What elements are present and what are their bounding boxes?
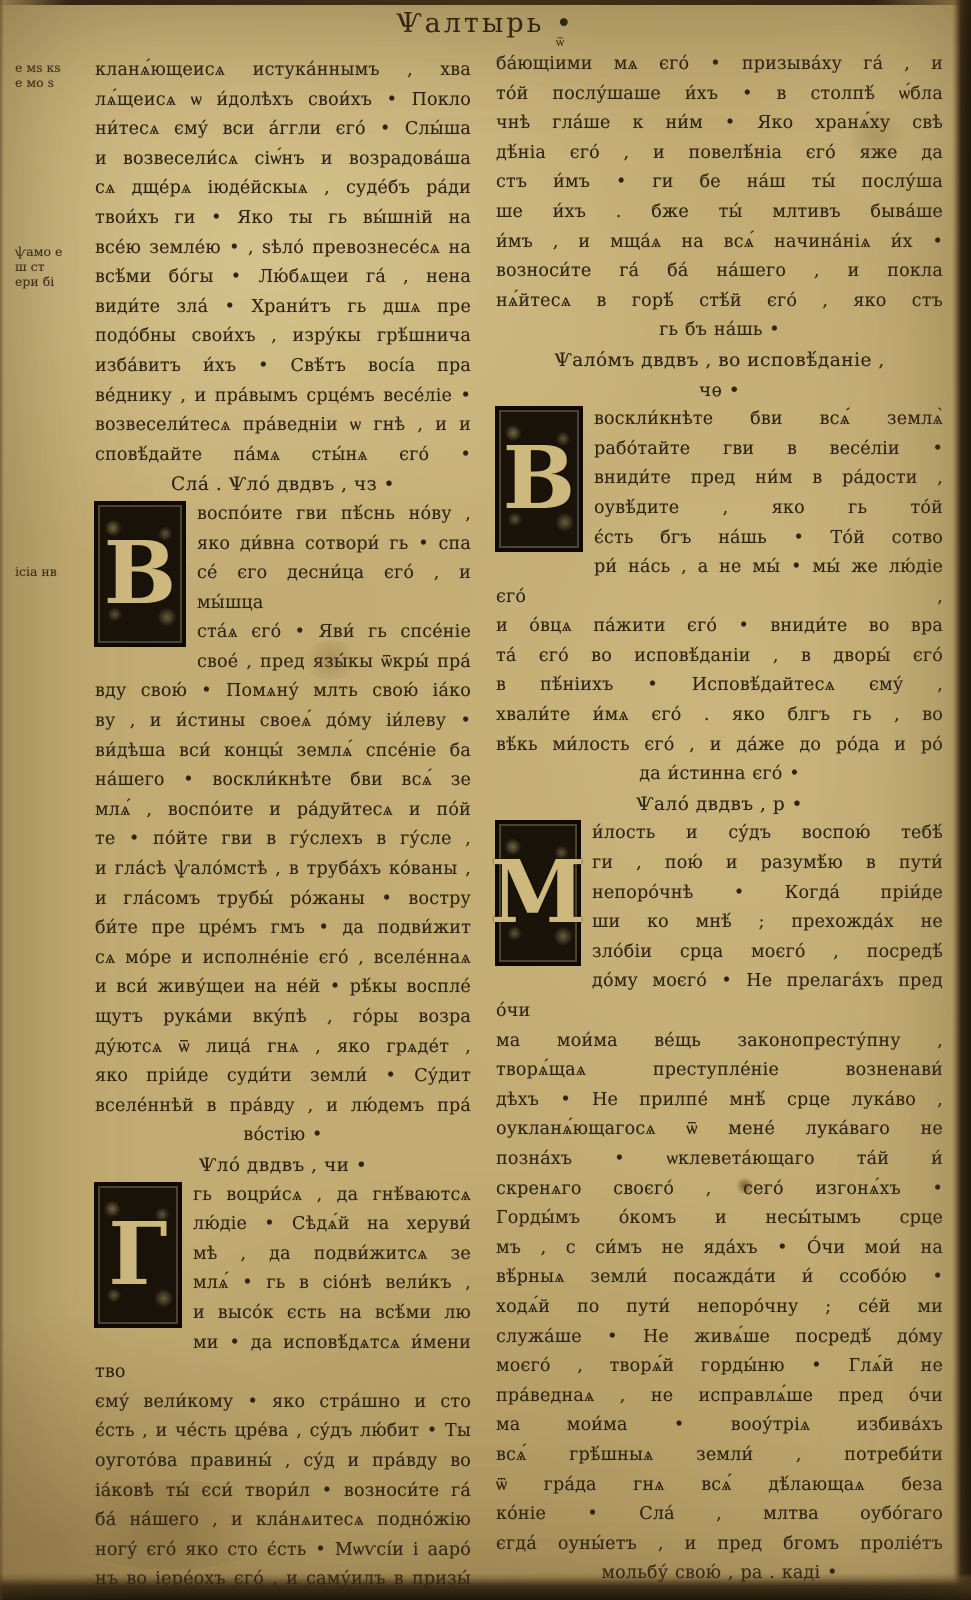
- psalm-98-paragraph: Г гь воцри́сѧ , да гнѣ́ваютсѧлю́діе • Сѣ…: [95, 1181, 471, 1595]
- drop-cap-letter: В: [104, 531, 177, 617]
- drop-cap-initial: В: [95, 502, 185, 646]
- text-line: ви́дѣша вси́ концы́ землѧ́ спсе́ніе ба: [95, 737, 471, 767]
- text-line: лѧ́щеисѧ ѡ и́долѣхъ свои́хъ • Покло: [95, 86, 471, 116]
- drop-cap-initial: М: [496, 821, 580, 965]
- text-line: и вси́ живу́щеи на не́й • рѣ́кы воспле́: [95, 973, 471, 1003]
- text-line: єгда́ оуны́етъ , и пред бгомъ проліе́тъ: [496, 1530, 943, 1560]
- margin-note: ѱамо еш стери бі: [15, 244, 95, 289]
- text-line: ни́тесѧ єму́ вси а́ггли єго́ • Слы́ша: [95, 115, 471, 145]
- text-line: ми • да исповѣ́дѧтсѧ и́мени тво: [95, 1329, 471, 1388]
- text-line: ѱамо е: [15, 244, 95, 259]
- text-line: ма мои́ма ве́щь законопресту́пну ,: [496, 1027, 943, 1057]
- text-line: дѣхъ • Не прилпе́ мнѣ́ срце лука́во ,: [496, 1086, 943, 1116]
- text-line: и гла́сѣ ѱало́мстѣ , в труба́хъ ко́ваны …: [95, 855, 471, 885]
- text-line: вселе́ннѣй в пра́вду , и лю́демъ пра́: [95, 1092, 471, 1122]
- text-line: ве́днику , и пра́вымъ срце́мъ весе́ліе •: [95, 382, 471, 412]
- psalm-99-heading-line1: Ѱало́мъ двдвъ , во исповѣ́даніе ,: [496, 346, 943, 376]
- text-line: оукланѧ́ющагосѧ ѿ мене́ лука́ваго не: [496, 1115, 943, 1145]
- text-line: ба́ на́шего , и кла́нѧитесѧ подно́жію: [95, 1506, 471, 1536]
- text-line: всѣ́ми бо́гы • Лю́бѧщеи га́ , нена: [95, 263, 471, 293]
- psalm-98-heading: Ѱло́ двдвъ , чи •: [95, 1151, 471, 1181]
- text-line: щутъ рука́ми вку́пѣ , го́ры возра: [95, 1003, 471, 1033]
- text-line: є́сть , и че́сть цре́ва , су́дъ лю́бит •…: [95, 1417, 471, 1447]
- psalm-99-heading-line2: чѳ •: [496, 376, 943, 406]
- text-line: на́шего • воскли́кнѣте бви всѧ́ зе: [95, 766, 471, 796]
- page-edge-top: [0, 0, 971, 5]
- superscript-correction-mark: ѿ: [556, 34, 564, 50]
- text-line: все́ю земле́ю • , ѕѣло́ превознесе́сѧ на: [95, 234, 471, 264]
- left-text-column: кланѧ́ющеисѧ истука́ннымъ , хвалѧ́щеисѧ …: [95, 56, 471, 1595]
- page-edge-left: [0, 0, 4, 1600]
- text-line: млѧ́ , воспо́ите и ра́дуйтесѧ и по́й: [95, 796, 471, 826]
- text-line: чнѣ гла́ше к ни́м • Яко хранѧ́ху свѣ: [496, 109, 943, 139]
- text-line: та́ єго́ во исповѣ́даніи , в дворы́ єго́: [496, 642, 943, 672]
- psalm-96-continuation-paragraph: кланѧ́ющеисѧ истука́ннымъ , хвалѧ́щеисѧ …: [95, 56, 471, 470]
- text-line: хвали́те и́мѧ єго́ . яко блгъ гь , во: [496, 701, 943, 731]
- text-line: и о́вцѧ па́жити єго́ • вниди́те во вра: [496, 612, 943, 642]
- text-line: те • по́йте гви в гу́слехъ в гу́сле ,: [95, 825, 471, 855]
- text-line: и гла́сомъ трубы́ ро́жаны • востру: [95, 885, 471, 915]
- text-line: ри́ на́сь , а не мы́ • мы́ же лю́діе єго…: [496, 553, 943, 612]
- psalm-100-heading: Ѱало́ двдвъ , р •: [496, 790, 943, 820]
- text-line: сповѣ́дайте па́мѧ сты́нѧ єго́ •: [95, 441, 471, 471]
- text-line: іа́ковѣ ты́ єси́ твори́л • возноси́те га…: [95, 1477, 471, 1507]
- psalm-97-heading: Сла́ . Ѱло́ двдвъ , чз •: [95, 470, 471, 500]
- text-line: возноси́те га́ ба́ на́шего , и покла: [496, 257, 943, 287]
- text-line: всѧ́ грѣ́шныѧ земли́ , потреби́ти: [496, 1441, 943, 1471]
- text-line: служа́ше • Не живѧ́ше посредѣ́ до́му: [496, 1323, 943, 1353]
- text-line: сѧ мо́ре и исполне́ніе єго́ , вселе́ннаѧ: [95, 944, 471, 974]
- drop-cap-letter: В: [503, 436, 576, 522]
- text-line: творѧ́щаѧ преступле́ніе возненави́: [496, 1056, 943, 1086]
- text-line: ѿ гра́да гнѧ всѧ́ дѣ́лающаѧ беза: [496, 1471, 943, 1501]
- psalm-98-continuation-paragraph: ба́ющіими мѧ єго́ • призыва́ху га́ , ито…: [496, 50, 943, 346]
- text-line: дѣ́ніа єго́ , и повелѣ́ніа єго́ яже да: [496, 139, 943, 169]
- text-line: ба́ющіими мѧ єго́ • призыва́ху га́ , и: [496, 50, 943, 80]
- text-line: ш ст: [15, 259, 95, 274]
- psalm-100-paragraph: М и́лость и су́дъ воспою́ тебѣ́ги , пою́…: [496, 819, 943, 1588]
- psalm-99-paragraph: В воскли́кнѣте бви всѧ́ землѧ̀рабо́тайте…: [496, 405, 943, 790]
- margin-note: е мѕ кѕе мо ѕ: [15, 60, 95, 90]
- text-line: е мо ѕ: [15, 75, 95, 90]
- text-line: гь бъ на́шь •: [496, 316, 943, 346]
- text-line: вду свою́ • Помѧну́ млть свою́ іа́ко: [95, 677, 471, 707]
- text-line: ко́ніе • Сла́ , млтва оубо́гаго: [496, 1500, 943, 1530]
- running-title: Ѱалтырь •: [0, 8, 971, 39]
- text-line: оугото́ва правины́ , су́д и пра́вду во: [95, 1447, 471, 1477]
- text-line: свое́ , пред язы́кы ѿкры́ пра́: [95, 648, 471, 678]
- text-line: би́те пре цре́мъ гмъ • да подви́жит: [95, 914, 471, 944]
- page-edge-right: [952, 0, 971, 1600]
- text-line: яко пріи́де суди́ти земли́ • Су́дит: [95, 1062, 471, 1092]
- text-line: и возвесели́сѧ сіѡ́нъ и возрадова́ша: [95, 145, 471, 175]
- text-line: ву , и и́стины своеѧ́ до́му іи́леву •: [95, 707, 471, 737]
- text-line: подо́бны свои́хъ , изру́кы грѣ́шнича: [95, 322, 471, 352]
- book-page: Ѱалтырь • ѿ е мѕ кѕе мо ѕ ѱамо еш стери …: [0, 0, 971, 1600]
- text-line: стъ и́мъ • ги бе на́ш ты́ послу́ша: [496, 168, 943, 198]
- text-line: во́стію •: [95, 1121, 471, 1151]
- text-line: изба́витъ и́хъ • Свѣ́тъ восі́а пра: [95, 352, 471, 382]
- text-line: твои́хъ ги • Яко ты гь вы́шній на: [95, 204, 471, 234]
- right-text-column: ба́ющіими мѧ єго́ • призыва́ху га́ , ито…: [496, 50, 943, 1589]
- drop-cap-letter: Г: [108, 1212, 167, 1298]
- text-line: види́те зла́ • Храни́тъ гь дшѧ пре: [95, 293, 471, 323]
- text-line: ходѧ́й по пути́ непоро́чну ; се́й ми: [496, 1293, 943, 1323]
- text-line: вѣ́рныѧ земли́ посажда́ти и́ ссобо́ю •: [496, 1263, 943, 1293]
- text-line: нъ во іере́охъ єго́ , и саму́илъ в призы…: [95, 1565, 471, 1595]
- text-line: кланѧ́ющеисѧ истука́ннымъ , хва: [95, 56, 471, 86]
- text-line: да и́стинна єго́ •: [496, 760, 943, 790]
- text-line: єму́ вели́кому • яко стра́шно и сто: [95, 1388, 471, 1418]
- text-line: нѧ́йтесѧ в горѣ́ стѣ́й єго́ , яко стъ: [496, 287, 943, 317]
- text-line: то́й послу́шаше и́хъ • в столпѣ́ ѡ́бла: [496, 80, 943, 110]
- text-line: ду́ютсѧ ѿ лица́ гнѧ , яко грѧде́т ,: [95, 1033, 471, 1063]
- text-line: ери бі: [15, 274, 95, 289]
- text-line: ногу́ єго́ яко сто є́сть • Мѡѵсі́и і аар…: [95, 1536, 471, 1566]
- text-line: вѣ́кь ми́лость єго́ , и да́же до ро́да и…: [496, 731, 943, 761]
- text-line: сѧ дще́рѧ іюде́йскыѧ , суде́бъ ра́ди: [95, 174, 471, 204]
- text-line: е мѕ кѕ: [15, 60, 95, 75]
- text-line: Горды́мъ о́комъ и несы́тымъ срце: [496, 1204, 943, 1234]
- text-line: скренѧго своєго́ , сего́ изгонѧ́хъ •: [496, 1175, 943, 1205]
- text-line: до́му моєго́ • Не прелага́хъ пред о́чи: [496, 967, 943, 1026]
- text-line: мъ , с си́мъ не яда́хъ • О́чи мои́ на: [496, 1234, 943, 1264]
- text-line: в пѣ́ніихъ • Исповѣ́дайтесѧ єму́ ,: [496, 671, 943, 701]
- text-line: позна́хъ • ѡклевета́ющаго та́й и́: [496, 1145, 943, 1175]
- text-line: моєго́ , творѧ́й горды́ню • Глѧ́й не: [496, 1352, 943, 1382]
- text-line: пра́веднаѧ , не исправлѧ́ше пред о́чи: [496, 1382, 943, 1412]
- text-line: возвесели́тесѧ пра́ведніи ѡ гнѣ , и и: [95, 411, 471, 441]
- drop-cap-initial: Г: [95, 1183, 181, 1327]
- text-line: ма мои́ма • вооу́тріѧ избива́хъ: [496, 1411, 943, 1441]
- psalm-97-paragraph: В воспо́ите гви пѣ́снь но́ву ,яко ди́вна…: [95, 500, 471, 1151]
- drop-cap-letter: М: [490, 850, 585, 936]
- drop-cap-initial: В: [496, 407, 582, 551]
- margin-note: ісіа нв: [15, 564, 95, 579]
- text-line: ше и́хъ . бже ты́ млтивъ быва́ше: [496, 198, 943, 228]
- text-line: мольбу́ свою́ , ра . каді •: [496, 1559, 943, 1589]
- text-line: и́мъ , и мща́ѧ на всѧ́ начина́ніѧ и́х •: [496, 228, 943, 258]
- text-line: ісіа нв: [15, 564, 95, 579]
